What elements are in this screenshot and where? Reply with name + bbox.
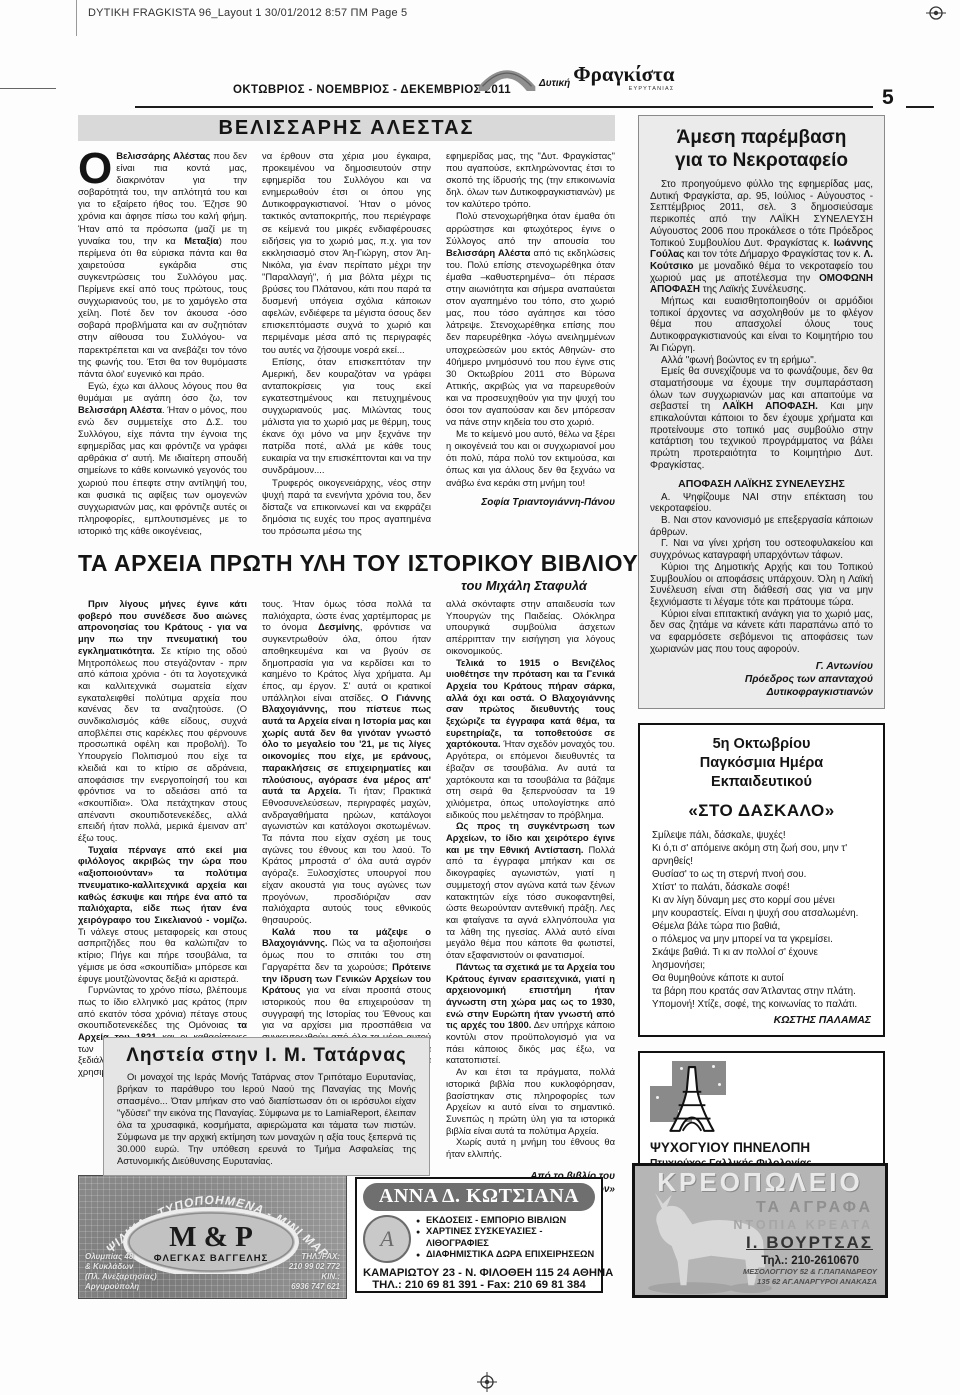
sidebar: Άμεση παρέμβαση για το Νεκροταφείο Στο π… (638, 115, 885, 1237)
kotsiana-address: ΚΑΜΑΡΙΩΤΟΥ 23 - Ν. ΦΙΛΟΘΕΗ 115 24 ΑΘΗΝΑ (363, 1267, 595, 1279)
kotsiana-name-banner: ΑΝΝΑ Δ. ΚΩΤΣΙΑΝΑ (363, 1183, 595, 1211)
butcher-shop-ad: ΚΡΕΟΠΩΛΕΙΟ ΤΑ ΑΓΡΑΦΑ ΝΤΟΠΙΑ ΚΡΕΑΤΑ Ι. ΒΟ… (632, 1163, 888, 1298)
nekrotafeio-subhead: ΑΠΟΦΑΣΗ ΛΑΪΚΗΣ ΣΥΝΕΛΕΥΣΗΣ (650, 478, 873, 490)
paragraph: Τυχαία πέρναγε από εκεί μια φιλόλογος ακ… (78, 844, 247, 984)
paragraph: Επίσης, όταν επισκεπτόταν την Αμερική, δ… (262, 356, 431, 477)
paragraph: Κύριοι είναι επιτακτική ανάγκη για το χω… (650, 609, 873, 656)
paragraph: Πάντως τα σχετικά με τα Αρχεία του Κράτο… (446, 961, 615, 1066)
article-velissaris-title: ΒΕΛΙΣΣΑΡΗΣ ΑΛΕΣΤΑΣ (218, 117, 474, 140)
paragraph: Μήπως και ευαισθητοποιηθούν οι αρμόδιοι … (650, 296, 873, 355)
logo-name-block: Φραγκίστα ΕΥΡΥΤΑΝΙΑΣ (573, 63, 674, 92)
issue-date-line: ΟΚΤΩΒΡΙΟΣ - ΝΟΕΜΒΡΙΟΣ - ΔΕΚΕΜΒΡΙΟΣ 2011 (233, 84, 511, 96)
paragraph: εφημερίδας μας, της "Δυτ. Φραγκίστας" πο… (446, 150, 615, 210)
print-header-text: DYTIKH FRAGKISTA 96_Layout 1 30/01/2012 … (88, 7, 407, 19)
logo-prefix: Δυτική (539, 78, 570, 89)
mini-market-ad: ΨΙΛΙΚΑ - ΤΥΠΟΠΟΗΜΕΝΑ - ΜΙΝΙ ΜΑΡΚΕΤ M & P… (78, 1175, 347, 1299)
article-velissaris-column-3: εφημερίδας μας, της "Δυτ. Φραγκίστας" πο… (446, 150, 615, 537)
paragraph: Πολύ στενοχωρήθηκα όταν έμαθα ότι αρρώστ… (446, 210, 615, 428)
paragraph: Πριν λίγους μήνες έγινε κάτι φοβερό που … (78, 598, 247, 844)
teachers-day-box: 5η Οκτωβρίου Παγκόσμια Ημέρα Εκπαιδευτικ… (638, 723, 885, 1037)
teachers-day-title: Παγκόσμια Ημέρα Εκπαιδευτικού (652, 754, 871, 792)
logo-region: ΕΥΡΥΤΑΝΙΑΣ (573, 86, 674, 92)
butcher-shop-phone: Τηλ.: 210-2610670 (635, 1255, 885, 1267)
logo-name: Φραγκίστα (573, 62, 674, 86)
poem-title: «ΣΤΟ ΔΑΣΚΑΛΟ» (652, 801, 871, 821)
paragraph: Εγώ, έχω και άλλους λόγους που θα θυμάμα… (78, 380, 247, 537)
mini-market-name: M & P (169, 1221, 253, 1253)
listeia-title: Ληστεία στην Ι. Μ. Τατάρνας (117, 1045, 416, 1067)
paragraph: τους. Ήταν όμως τόσα πολλά τα παλιόχαρτα… (262, 598, 431, 926)
page-number: 5 (882, 86, 894, 110)
paragraph: Αν και έτσι τα πράγματα, πολλά ιστορικά … (446, 1066, 615, 1136)
paragraph: Κύριοι της Δημοτικής Αρχής και του Τοπικ… (650, 562, 873, 609)
paragraph: Τελικά το 1915 ο Βενιζέλος υιοθέτησε την… (446, 657, 615, 821)
paragraph: Αλλά "φωνή βοώντος εν τη ερήμω". (650, 355, 873, 367)
article-velissaris-signature: Σοφία Τριαντογιάννη-Πάνου (446, 497, 615, 509)
registration-mark-icon (926, 3, 946, 23)
address-line: 135 62 ΑΓ.ΑΝΑΡΓΥΡΟΙ ΑΝΑΚΑΣΑ (635, 1277, 877, 1287)
mini-market-owner: ΦΛΕΓΚΑΣ ΒΑΓΓΕΛΗΣ (154, 1253, 269, 1264)
teacher-name: ΨΥΧΟΓΥΙΟΥ ΠΗΝΕΛΟΠΗ (650, 1140, 873, 1155)
eiffel-tower-icon (660, 1064, 724, 1136)
kotsiana-ad: ΑΝΝΑ Δ. ΚΩΤΣΙΑΝΑ A ΕΚΔΟΣΕΙΣ - ΕΜΠΟΡΙΟ ΒΙ… (355, 1177, 603, 1293)
paragraph: Με το κείμενό μου αυτό, θέλω να ξέρει η … (446, 428, 615, 488)
paragraph: Ως προς τη συγκέντρωση των Αρχείων, το ί… (446, 820, 615, 960)
poem-lines: Σμίλεψε πάλι, δάσκαλε, ψυχές!Κι ό,τι σ' … (652, 829, 871, 1011)
article-velissaris-columns: ΟΒελισσάρης Αλέστας που δεν είναι πια κο… (78, 150, 615, 537)
paragraph: Τρυφερός οικογενειάρχης, νέος στην ψυχή … (262, 477, 431, 537)
kotsiana-services: ΕΚΔΟΣΕΙΣ - ΕΜΠΟΡΙΟ ΒΙΒΛΙΩΝΧΑΡΤΙΝΕΣ ΣΥΣΚΕ… (416, 1215, 595, 1260)
crop-line-vertical (76, 0, 77, 36)
kotsiana-phone: ΤΗΛ.: 210 69 81 391 - Fax: 210 69 81 384 (363, 1279, 595, 1291)
article-archeia-title: ΤΑ ΑΡΧΕΙΑ ΠΡΩΤΗ ΥΛΗ ΤΟΥ ΙΣΤΟΡΙΚΟΥ ΒΙΒΛΙΟ… (78, 550, 615, 577)
listeia-box: Ληστεία στην Ι. Μ. Τατάρνας Οι μοναχοί τ… (103, 1037, 430, 1176)
drop-cap: Ο (78, 150, 116, 186)
article-velissaris-column-2: να έρθουν στα χέρια μου έγκαιρα, προκειμ… (262, 150, 431, 537)
kotsiana-monogram-icon: A (363, 1215, 411, 1263)
newspaper-logo: Δυτική Φραγκίστα ΕΥΡΥΤΑΝΙΑΣ (478, 58, 674, 92)
nekrotafeio-title: Άμεση παρέμβαση για το Νεκροταφείο (650, 126, 873, 172)
paragraph: αλλά σκόνταφτε στην απαιδευσία των Υπουρ… (446, 598, 615, 657)
paragraph: να έρθουν στα χέρια μου έγκαιρα, προκειμ… (262, 150, 431, 356)
address-line: ΜΕΣΟΛΟΓΓΙΟΥ 52 & Γ.ΠΑΠΑΝΔΡΕΟΥ (635, 1267, 877, 1277)
butcher-shop-owner: Ι. ΒΟΥΡΤΣΑΣ (635, 1233, 885, 1253)
paragraph: ΟΒελισσάρης Αλέστας που δεν είναι πια κο… (78, 150, 247, 380)
paragraph: Χωρίς αυτά η μνήμη του έθνους θα ήταν ελ… (446, 1136, 615, 1159)
nekrotafeio-box: Άμεση παρέμβαση για το Νεκροταφείο Στο π… (638, 115, 885, 709)
article-velissaris-headline-bar: ΒΕΛΙΣΣΑΡΗΣ ΑΛΕΣΤΑΣ (78, 115, 615, 141)
title-line: για το Νεκροταφείο (650, 149, 873, 172)
paragraph: Εμείς θα συνεχίζουμε να το φωνάζουμε, δε… (650, 366, 873, 471)
decision-item: Γ. Ναι να γίνει χρήση του οστεοφυλακείου… (650, 538, 873, 561)
signature-line: Γ. Αντωνίου (650, 660, 873, 673)
bridge-arch-icon (478, 58, 536, 92)
mini-market-address: Ολυμπίας 48& Κυκλάδων(Πλ. Ανεξαρτησίας)Α… (85, 1252, 157, 1292)
article-archeia-column-3: αλλά σκόνταφτε στην απαιδευσία των Υπουρ… (446, 598, 615, 1196)
signature-line: Δυτικοφραγκιστιανών (650, 686, 873, 699)
article-archeia-byline: του Μιχάλη Σταφυλά (78, 578, 615, 593)
paragraph: Στο προηγούμενο φύλλο της εφημερίδας μας… (650, 179, 873, 296)
butcher-shop-tagline: ΝΤΟΠΙΑ ΚΡΕΑΤΑ (635, 1218, 885, 1232)
teachers-day-date: 5η Οκτωβρίου (652, 735, 871, 754)
butcher-shop-address: ΜΕΣΟΛΟΓΓΙΟΥ 52 & Γ.ΠΑΠΑΝΔΡΕΟΥ 135 62 ΑΓ.… (635, 1267, 885, 1286)
crop-line-horizontal (0, 88, 56, 89)
eiffel-tower-image (650, 1061, 746, 1137)
nekrotafeio-signature: Γ. Αντωνίου Πρόεδρος των απανταχού Δυτικ… (650, 660, 873, 699)
listeia-body: Οι μοναχοί της Ιεράς Μονής Τατάρνας στον… (117, 1071, 416, 1167)
masthead-rule (135, 106, 873, 108)
decision-item: Α. Ψηφίζουμε ΝΑΙ στην επέκταση του νεκρο… (650, 492, 873, 515)
article-velissaris-column-1: ΟΒελισσάρης Αλέστας που δεν είναι πια κο… (78, 150, 247, 537)
page-number-dash (906, 106, 934, 108)
main-article-area: ΒΕΛΙΣΣΑΡΗΣ ΑΛΕΣΤΑΣ ΟΒελισσάρης Αλέστας π… (78, 115, 615, 1196)
signature-line: Πρόεδρος των απανταχού (650, 673, 873, 686)
butcher-shop-name: ΤΑ ΑΓΡΑΦΑ (635, 1199, 885, 1217)
butcher-shop-title: ΚΡΕΟΠΩΛΕΙΟ (635, 1167, 885, 1198)
poem-author: ΚΩΣΤΗΣ ΠΑΛΑΜΑΣ (652, 1014, 871, 1026)
title-line: Άμεση παρέμβαση (650, 126, 873, 149)
registration-mark-icon (477, 1372, 497, 1392)
kotsiana-body: A ΕΚΔΟΣΕΙΣ - ΕΜΠΟΡΙΟ ΒΙΒΛΙΩΝΧΑΡΤΙΝΕΣ ΣΥΣ… (363, 1215, 595, 1263)
mini-market-phone: ΤΗΛ./FAX:210 99 02 772ΚΙΝ.:6936 747 621 (289, 1252, 340, 1292)
decision-item: Β. Ναι στον κανονισμό με επεξεργασία κάπ… (650, 515, 873, 538)
